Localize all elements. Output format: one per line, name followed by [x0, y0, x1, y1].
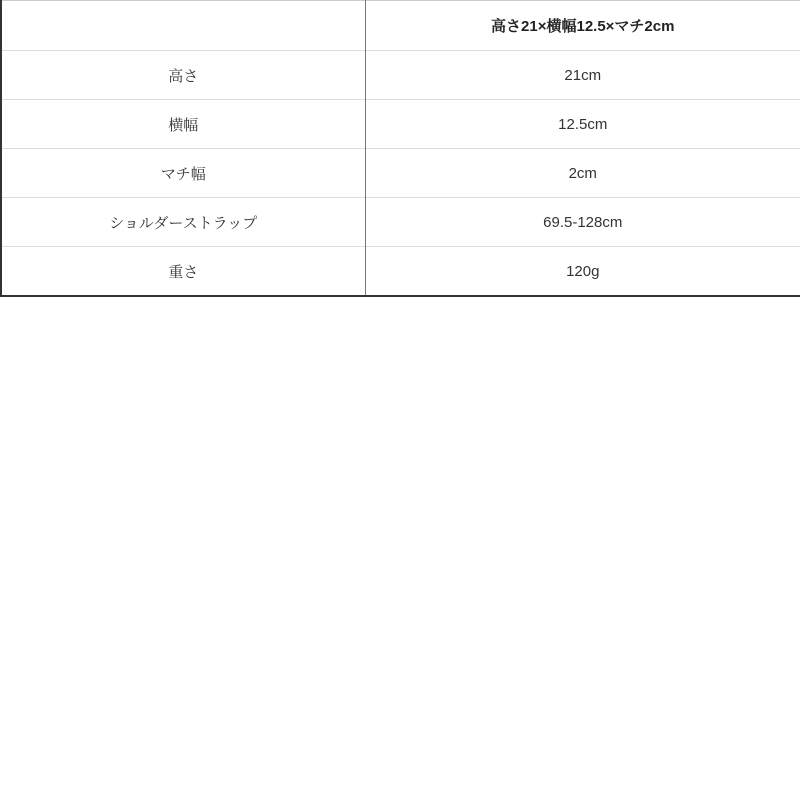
- spec-label: マチ幅: [1, 149, 365, 198]
- spec-value: 21cm: [365, 51, 800, 100]
- spec-value: 12.5cm: [365, 100, 800, 149]
- table-header-row: 高さ21×横幅12.5×マチ2cm: [1, 1, 800, 51]
- spec-label: 横幅: [1, 100, 365, 149]
- spec-value: 69.5-128cm: [365, 198, 800, 247]
- header-label-cell: [1, 1, 365, 51]
- spec-label: 高さ: [1, 51, 365, 100]
- header-size-summary: 高さ21×横幅12.5×マチ2cm: [365, 1, 800, 51]
- table-row: ショルダーストラップ 69.5-128cm: [1, 198, 800, 247]
- spec-value: 2cm: [365, 149, 800, 198]
- spec-label: 重さ: [1, 247, 365, 297]
- spec-value: 120g: [365, 247, 800, 297]
- spec-label: ショルダーストラップ: [1, 198, 365, 247]
- table-row: マチ幅 2cm: [1, 149, 800, 198]
- table-row: 横幅 12.5cm: [1, 100, 800, 149]
- product-spec-table: 高さ21×横幅12.5×マチ2cm 高さ 21cm 横幅 12.5cm マチ幅 …: [0, 0, 800, 297]
- table-row: 重さ 120g: [1, 247, 800, 297]
- table-row: 高さ 21cm: [1, 51, 800, 100]
